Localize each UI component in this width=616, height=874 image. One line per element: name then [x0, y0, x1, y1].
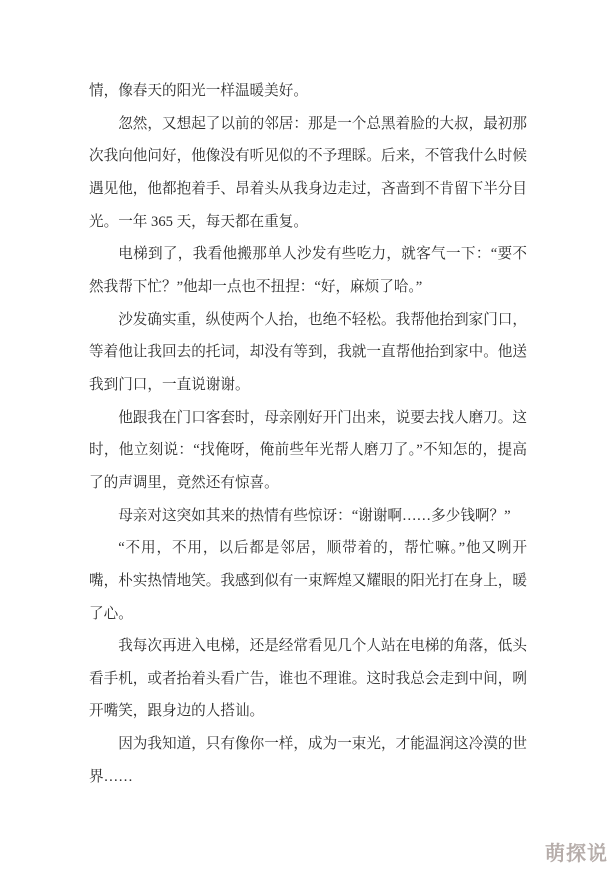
- paragraph: 电梯到了，我看他搬那单人沙发有些吃力，就客气一下：“要不然我帮下忙？”他却一点也…: [89, 238, 527, 303]
- paragraph: 因为我知道，只有像你一样，成为一束光，才能温润这冷漠的世界……: [89, 728, 527, 793]
- document-page: 情，像春天的阳光一样温暖美好。忽然，又想起了以前的邻居：那是一个总黑着脸的大叔，…: [0, 0, 616, 874]
- paragraph: 我每次再进入电梯，还是经常看见几个人站在电梯的角落，低头看手机，或者抬着头看广告…: [89, 630, 527, 728]
- paragraph: 沙发确实重，纵使两个人抬，也绝不轻松。我帮他抬到家门口，等着他让我回去的托词，却…: [89, 304, 527, 402]
- paragraph: 母亲对这突如其来的热情有些惊讶：“谢谢啊……多少钱啊？”: [89, 500, 527, 533]
- paragraph: 情，像春天的阳光一样温暖美好。: [89, 75, 527, 108]
- paragraph: 忽然，又想起了以前的邻居：那是一个总黑着脸的大叔，最初那次我向他问好，他像没有听…: [89, 108, 527, 239]
- paragraph: “不用，不用，以后都是邻居，顺带着的，帮忙嘛。”他又咧开嘴，朴实热情地笑。我感到…: [89, 532, 527, 630]
- watermark-text: 萌探说: [545, 837, 608, 866]
- document-body: 情，像春天的阳光一样温暖美好。忽然，又想起了以前的邻居：那是一个总黑着脸的大叔，…: [89, 0, 527, 793]
- paragraph: 他跟我在门口客套时，母亲刚好开门出来，说要去找人磨刀。这时，他立刻说：“找俺呀，…: [89, 402, 527, 500]
